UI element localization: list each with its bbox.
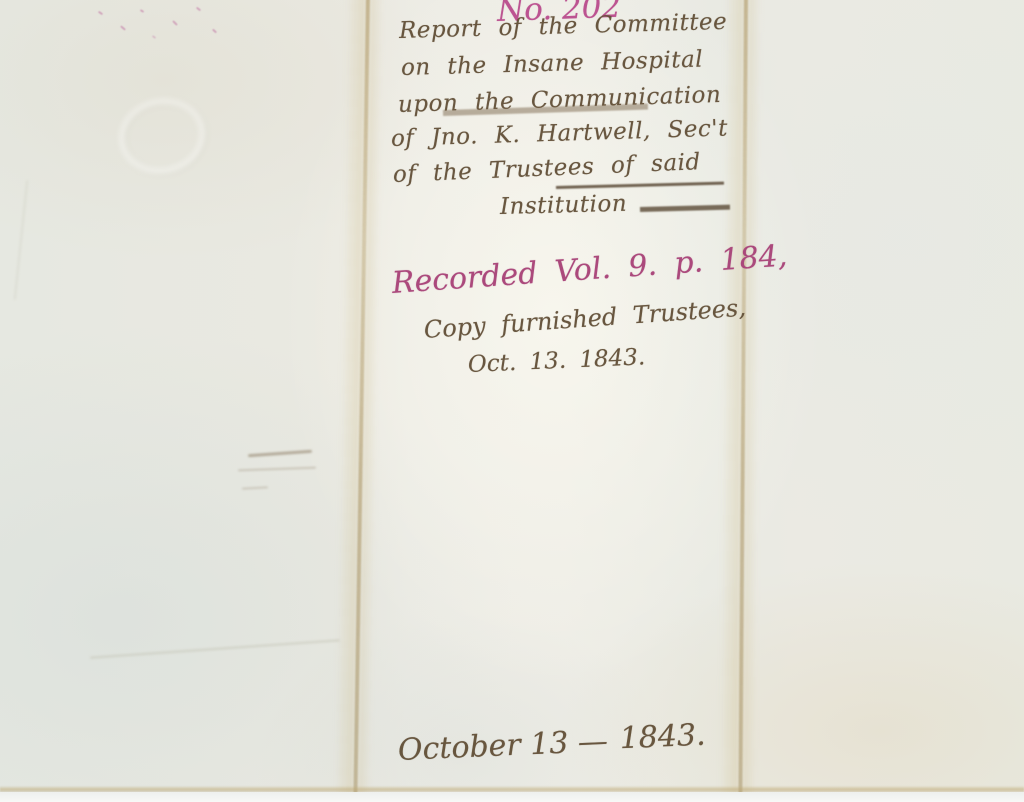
docket-title-line: Report of the Committee bbox=[399, 9, 728, 44]
docket-title-line: of Jno. K. Hartwell, Sec't bbox=[391, 115, 729, 152]
scanner-background bbox=[0, 792, 1024, 802]
strikethrough-mark bbox=[556, 182, 724, 189]
ink-smudge bbox=[248, 450, 312, 457]
document-scan: No. 202 Report of the Committee on the I… bbox=[0, 0, 1024, 802]
copy-date-annotation: Oct. 13. 1843. bbox=[467, 344, 645, 378]
minor-crease bbox=[90, 639, 340, 658]
docket-title-line: on the Insane Hospital bbox=[401, 47, 704, 81]
footer-date: October 13 — 1843. bbox=[397, 720, 698, 768]
fold-crease-left bbox=[347, 0, 376, 796]
docket-title-line: Institution bbox=[500, 191, 628, 220]
ink-speck bbox=[172, 20, 178, 26]
footer-date-month-day: October 13 — bbox=[397, 724, 608, 768]
ink-speck bbox=[152, 35, 156, 39]
footer-date-year: 1843. bbox=[619, 718, 706, 757]
ink-speck bbox=[140, 9, 144, 13]
docket-title-line: of the Trustees of said bbox=[392, 149, 701, 188]
fold-crease-right bbox=[732, 0, 754, 796]
ink-speck bbox=[120, 25, 126, 30]
ink-speck bbox=[196, 7, 201, 12]
copy-furnished-annotation: Copy furnished Trustees, bbox=[423, 294, 747, 344]
ink-smudge bbox=[238, 467, 316, 472]
strikethrough-mark bbox=[640, 205, 730, 212]
embossed-seal-mark bbox=[111, 90, 213, 183]
minor-crease bbox=[14, 180, 29, 300]
ink-speck bbox=[98, 11, 103, 16]
ink-speck bbox=[212, 29, 217, 34]
paper-sheet: No. 202 Report of the Committee on the I… bbox=[0, 0, 1024, 794]
ink-smudge bbox=[242, 486, 268, 489]
